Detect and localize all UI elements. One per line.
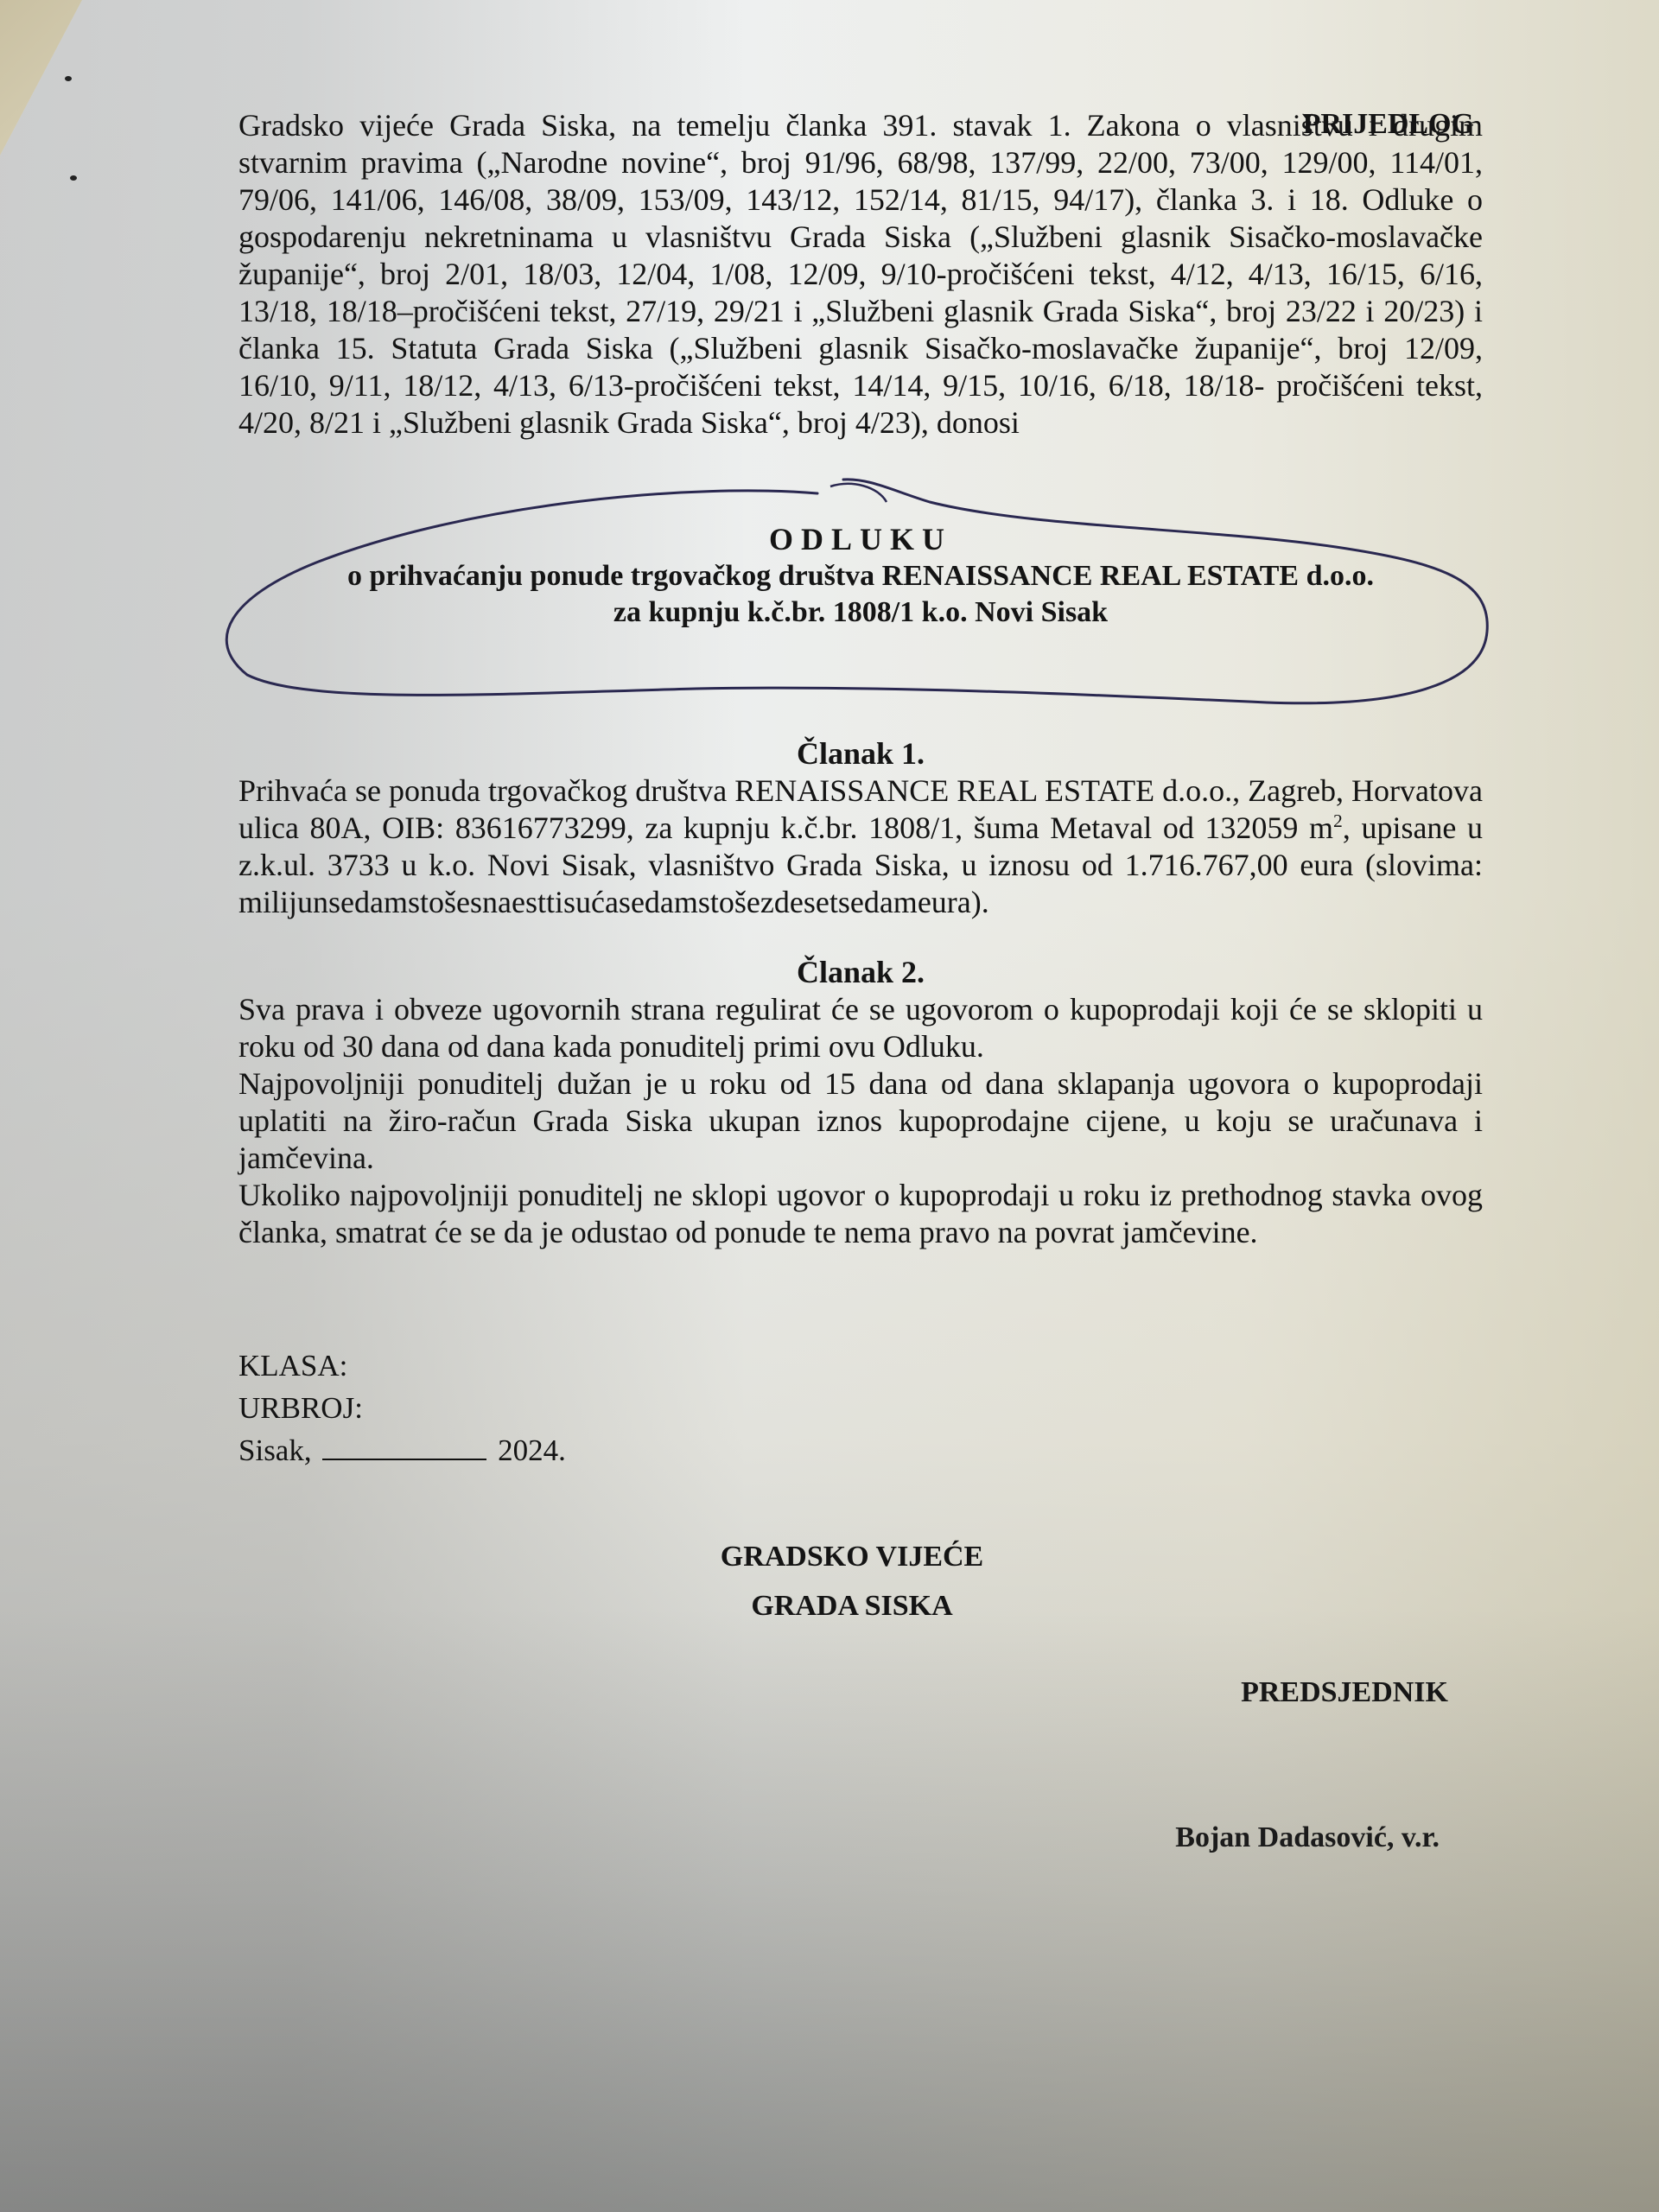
article-1: Članak 1. Prihvaća se ponuda trgovačkog … [238, 735, 1483, 921]
punch-hole-mark [65, 76, 72, 81]
urbroj-label: URBROJ: [238, 1387, 1483, 1429]
council-name: GRADSKO VIJEĆE GRADA SISKA [238, 1532, 1483, 1630]
date-blank-line [322, 1433, 486, 1460]
council-line-2: GRADA SISKA [238, 1581, 1465, 1630]
president-title: PREDSJEDNIK [238, 1674, 1483, 1711]
signature-name: Bojan Dadasović, v.r. [238, 1819, 1483, 1856]
article-2-heading: Članak 2. [238, 954, 1483, 991]
article-1-text: Prihvaća se ponuda trgovačkog društva RE… [238, 772, 1483, 921]
decision-title-block: ODLUKU o prihvaćanju ponude trgovačkog d… [238, 521, 1483, 720]
preamble-paragraph: Gradsko vijeće Grada Siska, na temelju č… [238, 105, 1483, 442]
article-2-paragraph-1: Sva prava i obveze ugovornih strana regu… [238, 991, 1483, 1065]
article-2: Članak 2. Sva prava i obveze ugovornih s… [238, 954, 1483, 1251]
year-label: 2024. [498, 1433, 566, 1467]
document-content: PRIJEDLOG Gradsko vijeće Grada Siska, na… [238, 105, 1483, 1856]
document-registry-block: KLASA: URBROJ: Sisak, 2024. [238, 1344, 1483, 1471]
klasa-label: KLASA: [238, 1344, 1483, 1387]
punch-hole-mark [70, 175, 77, 181]
place-label: Sisak, [238, 1433, 312, 1467]
document-page: PRIJEDLOG Gradsko vijeće Grada Siska, na… [0, 0, 1659, 2212]
article-2-paragraph-3: Ukoliko najpovoljniji ponuditelj ne sklo… [238, 1177, 1483, 1251]
hand-drawn-circle-icon [213, 467, 1509, 709]
place-date-line: Sisak, 2024. [238, 1429, 1483, 1471]
article-2-paragraph-2: Najpovoljniji ponuditelj dužan je u roku… [238, 1065, 1483, 1177]
article-1-heading: Članak 1. [238, 735, 1483, 772]
council-line-1: GRADSKO VIJEĆE [238, 1532, 1465, 1581]
proposal-label: PRIJEDLOG [1303, 105, 1474, 143]
